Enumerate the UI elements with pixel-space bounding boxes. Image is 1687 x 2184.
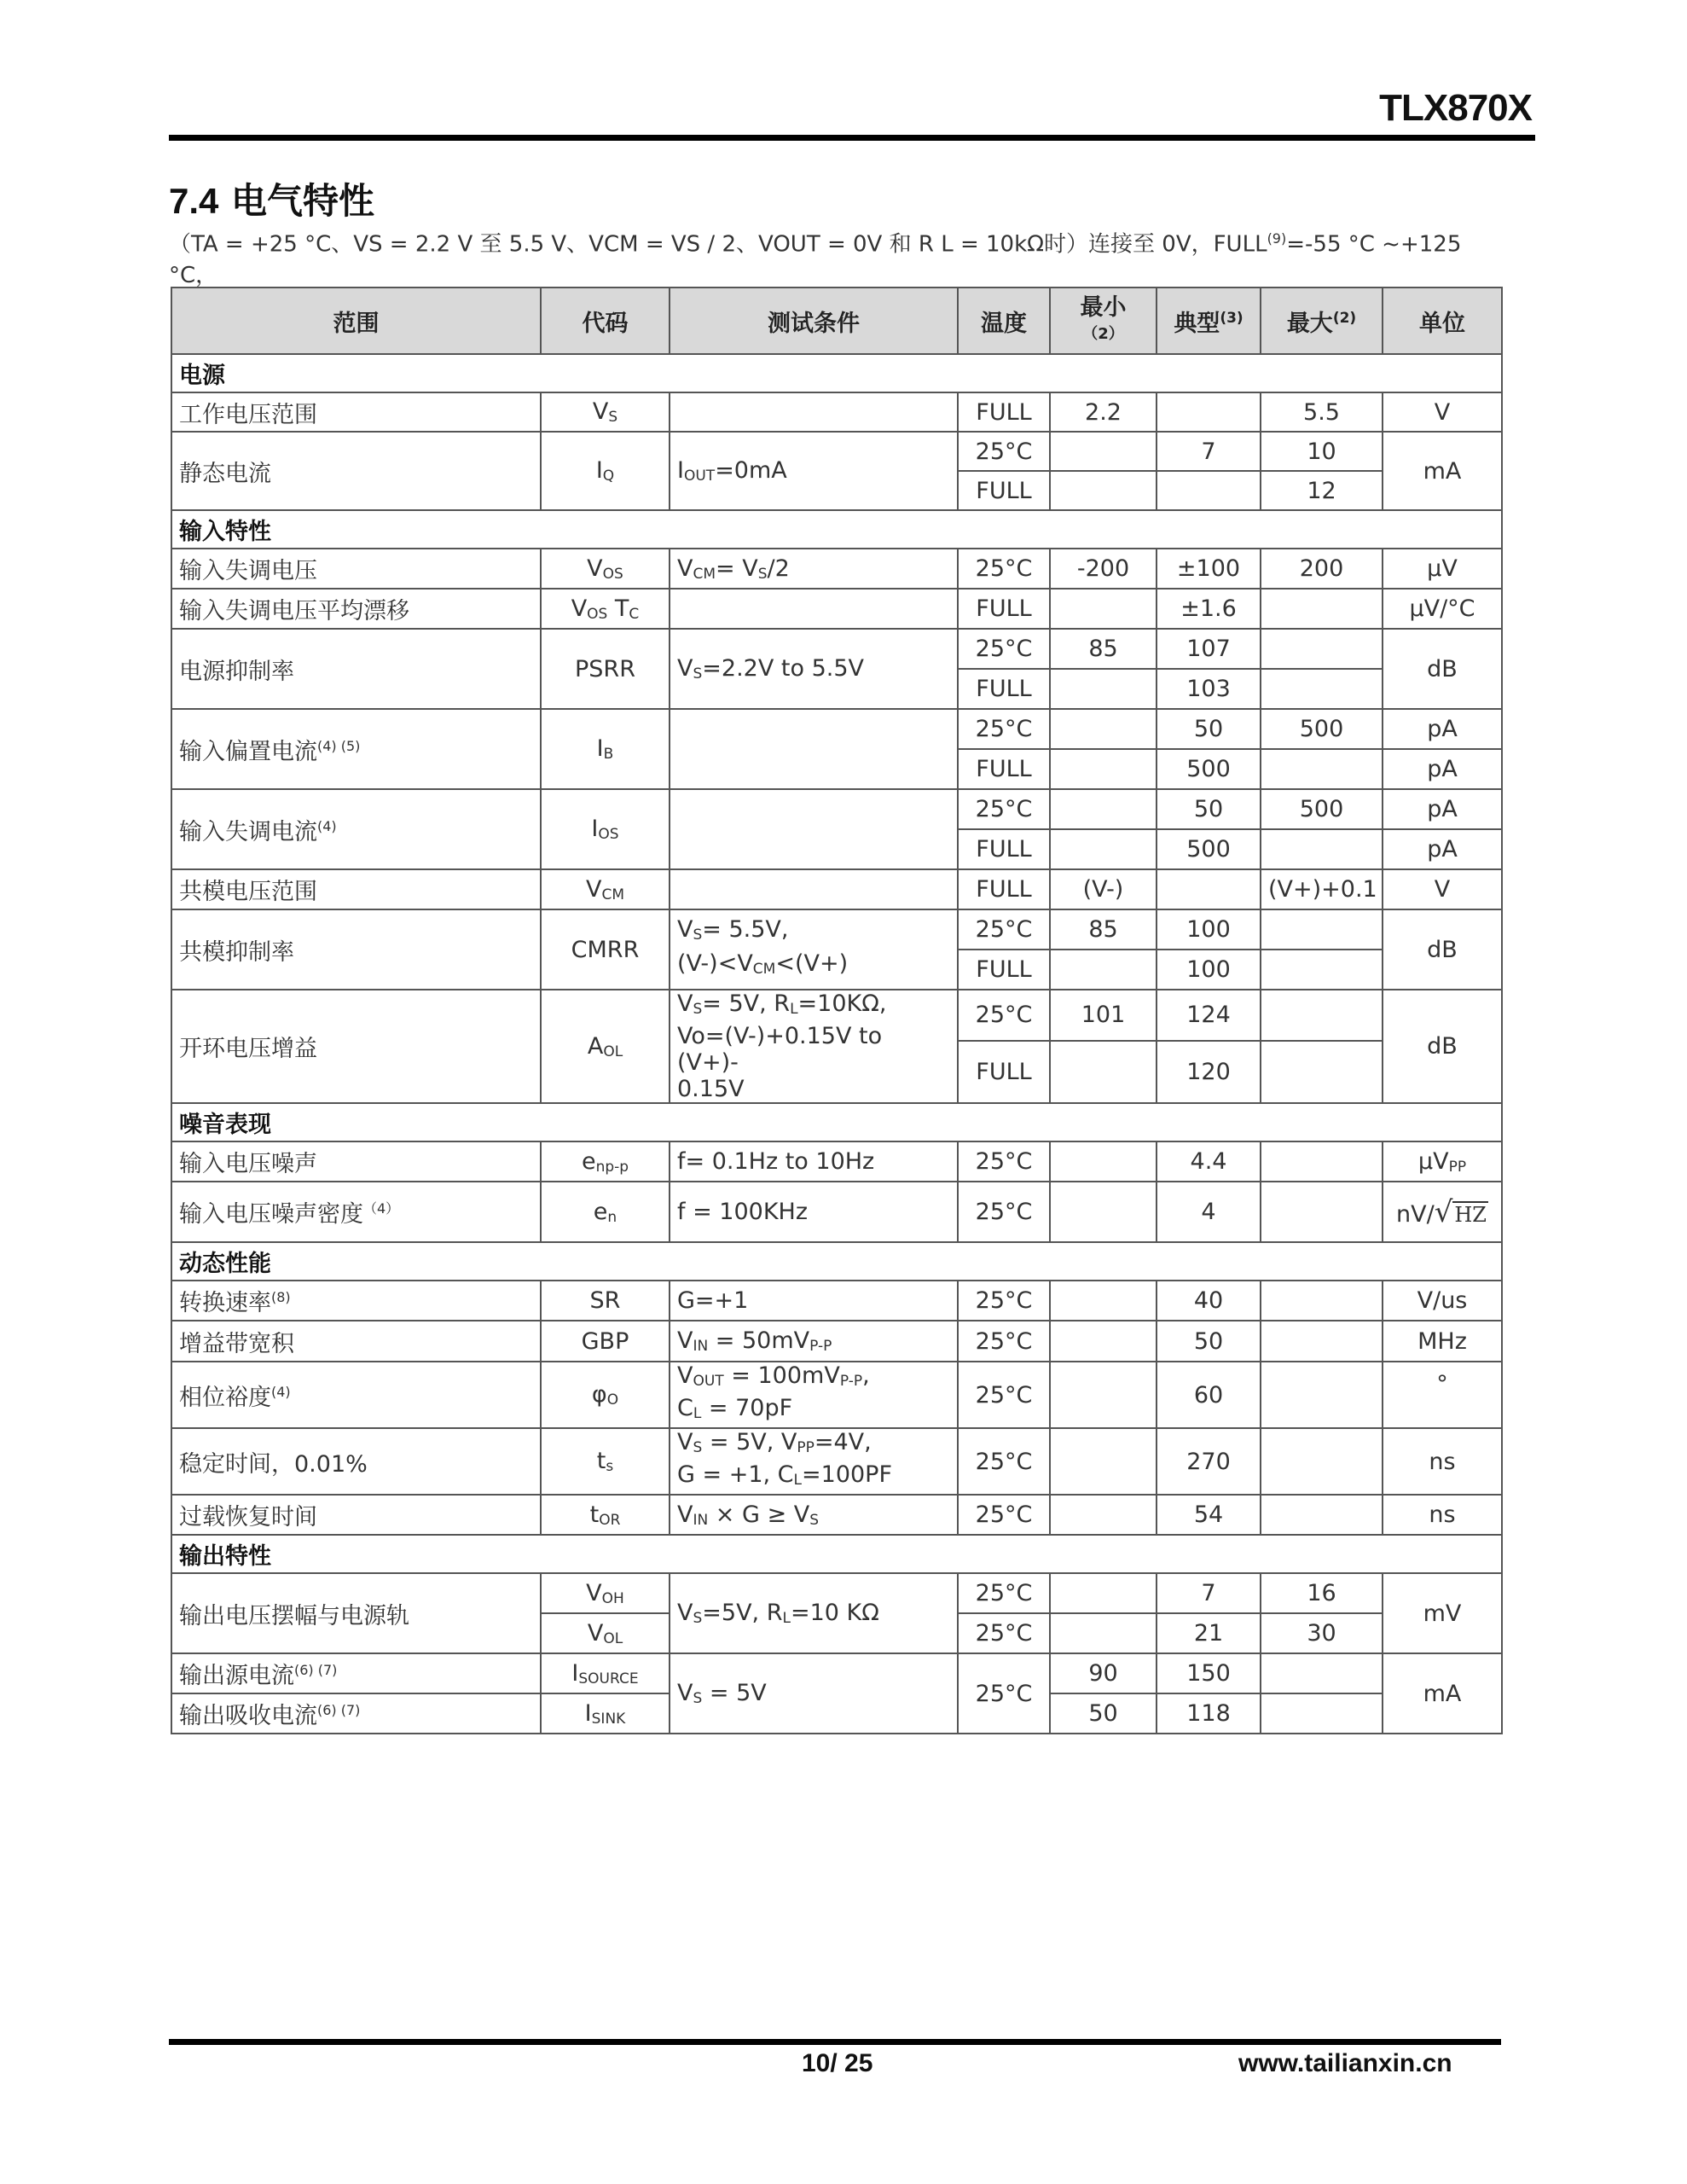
min-cell: (V-): [1050, 869, 1157, 909]
min-cell: [1050, 1362, 1157, 1428]
max-cell: [1261, 589, 1383, 629]
cond-cell: VS = 5V, VPP=4V,G = +1, CL=100PF: [670, 1428, 958, 1495]
temp-cell: FULL: [958, 471, 1050, 510]
param-cell: 输出源电流(6) (7): [171, 1653, 541, 1693]
section-title-text: 电气特性: [231, 180, 374, 222]
min-cell: 101: [1050, 990, 1157, 1041]
temp-cell: 25°C: [958, 1141, 1050, 1182]
section-row-power: 电源: [171, 354, 1502, 392]
temp-cell: 25°C: [958, 990, 1050, 1041]
cond-cell: VS=2.2V to 5.5V: [670, 629, 958, 709]
section-row-dynamic: 动态性能: [171, 1242, 1502, 1281]
cond-cell: VCM= VS/2: [670, 549, 958, 589]
min-cell: 2.2: [1050, 392, 1157, 432]
max-cell: [1261, 1693, 1383, 1734]
typ-cell: 7: [1157, 432, 1261, 471]
param-cell: 输出电压摆幅与电源轨: [171, 1573, 541, 1653]
min-cell: [1050, 829, 1157, 869]
symbol-cell: VOH: [541, 1573, 670, 1613]
unit-cell: pA: [1383, 789, 1502, 829]
section-row-output: 输出特性: [171, 1535, 1502, 1573]
max-cell: [1261, 1281, 1383, 1321]
cond-cell: VS=5V, RL=10 KΩ: [670, 1573, 958, 1653]
header-param: 范围: [171, 288, 541, 354]
symbol-cell: PSRR: [541, 629, 670, 709]
temp-cell: 25°C: [958, 1321, 1050, 1362]
min-cell: [1050, 471, 1157, 510]
min-cell: [1050, 950, 1157, 990]
max-cell: 200: [1261, 549, 1383, 589]
header-typ: 典型(3): [1157, 288, 1261, 354]
min-cell: [1050, 1321, 1157, 1362]
min-cell: [1050, 1613, 1157, 1653]
table-row: 输入失调电压平均漂移 VOS TC FULL ±1.6 μV/°C: [171, 589, 1502, 629]
symbol-cell: ISOURCE: [541, 1653, 670, 1693]
cond-cell: IOUT=0mA: [670, 432, 958, 510]
typ-cell: 4.4: [1157, 1141, 1261, 1182]
unit-cell: pA: [1383, 829, 1502, 869]
temp-cell: FULL: [958, 1041, 1050, 1103]
min-cell: [1050, 1495, 1157, 1535]
max-cell: [1261, 669, 1383, 709]
table-row: 静态电流 IQ IOUT=0mA 25°C 7 10 mA: [171, 432, 1502, 471]
conditions-text: （TA = +25 °C、VS = 2.2 V 至 5.5 V、VCM = VS…: [169, 232, 1267, 258]
typ-cell: 270: [1157, 1428, 1261, 1495]
header-symbol: 代码: [541, 288, 670, 354]
param-cell: 相位裕度(4): [171, 1362, 541, 1428]
typ-cell: 54: [1157, 1495, 1261, 1535]
max-cell: [1261, 749, 1383, 789]
param-cell: 输入电压噪声密度（4）: [171, 1182, 541, 1242]
table-row: 共模电压范围 VCM FULL (V-) (V+)+0.1 V: [171, 869, 1502, 909]
table-row: 输入偏置电流(4) (5) IB 25°C 50 500 pA: [171, 709, 1502, 749]
typ-cell: [1157, 392, 1261, 432]
param-cell: 输入失调电压: [171, 549, 541, 589]
min-cell: 50: [1050, 1693, 1157, 1734]
max-cell: [1261, 950, 1383, 990]
max-cell: [1261, 909, 1383, 950]
param-cell: 输入偏置电流(4) (5): [171, 709, 541, 789]
table-row: 输入电压噪声密度（4） en f = 100KHz 25°C 4 nV/√HZ: [171, 1182, 1502, 1242]
temp-cell: 25°C: [958, 789, 1050, 829]
typ-cell: 40: [1157, 1281, 1261, 1321]
max-cell: 5.5: [1261, 392, 1383, 432]
temp-cell: 25°C: [958, 432, 1050, 471]
section-number: 7.4: [169, 181, 218, 221]
symbol-cell: φO: [541, 1362, 670, 1428]
param-cell: 稳定时间，0.01%: [171, 1428, 541, 1495]
header-max: 最大(2): [1261, 288, 1383, 354]
min-cell: [1050, 749, 1157, 789]
typ-cell: ±100: [1157, 549, 1261, 589]
temp-cell: FULL: [958, 950, 1050, 990]
unit-cell: pA: [1383, 709, 1502, 749]
min-cell: 90: [1050, 1653, 1157, 1693]
temp-cell: FULL: [958, 669, 1050, 709]
typ-cell: 50: [1157, 789, 1261, 829]
section-label: 输入特性: [171, 510, 1502, 549]
min-cell: [1050, 1041, 1157, 1103]
cond-cell: VS = 5V: [670, 1653, 958, 1734]
header-min: 最小（2）: [1050, 288, 1157, 354]
temp-cell: 25°C: [958, 909, 1050, 950]
max-cell: [1261, 1653, 1383, 1693]
max-cell: [1261, 1041, 1383, 1103]
symbol-cell: AOL: [541, 990, 670, 1103]
min-cell: [1050, 669, 1157, 709]
table-row: 输入失调电压 VOS VCM= VS/2 25°C -200 ±100 200 …: [171, 549, 1502, 589]
param-cell: 输入失调电压平均漂移: [171, 589, 541, 629]
cond-cell: [670, 789, 958, 869]
symbol-cell: tOR: [541, 1495, 670, 1535]
website-link[interactable]: www.tailianxin.cn: [1238, 2049, 1452, 2078]
unit-cell: MHz: [1383, 1321, 1502, 1362]
unit-cell: mV: [1383, 1573, 1502, 1653]
section-label: 输出特性: [171, 1535, 1502, 1573]
footnote-ref: (9): [1267, 230, 1287, 247]
sqrt-symbol: HZ: [1452, 1201, 1488, 1227]
typ-cell: ±1.6: [1157, 589, 1261, 629]
temp-cell: 25°C: [958, 709, 1050, 749]
table-row: 稳定时间，0.01% ts VS = 5V, VPP=4V,G = +1, CL…: [171, 1428, 1502, 1495]
max-cell: [1261, 1182, 1383, 1242]
temp-cell: FULL: [958, 869, 1050, 909]
param-cell: 输入失调电流(4): [171, 789, 541, 869]
section-title: 7.4 电气特性: [169, 173, 374, 224]
min-cell: [1050, 1141, 1157, 1182]
header-rule: [169, 135, 1535, 141]
table-row: 输入失调电流(4) IOS 25°C 50 500 pA: [171, 789, 1502, 829]
symbol-cell: VOS: [541, 549, 670, 589]
unit-cell: dB: [1383, 909, 1502, 990]
symbol-cell: ts: [541, 1428, 670, 1495]
brand-header: TLX870X: [1379, 87, 1532, 130]
typ-cell: 500: [1157, 749, 1261, 789]
symbol-cell: CMRR: [541, 909, 670, 990]
param-cell: 输出吸收电流(6) (7): [171, 1693, 541, 1734]
symbol-cell: ISINK: [541, 1693, 670, 1734]
param-cell: 输入电压噪声: [171, 1141, 541, 1182]
param-cell: 共模电压范围: [171, 869, 541, 909]
max-cell: 500: [1261, 789, 1383, 829]
symbol-cell: SR: [541, 1281, 670, 1321]
param-cell: 工作电压范围: [171, 392, 541, 432]
symbol-cell: IB: [541, 709, 670, 789]
typ-cell: 7: [1157, 1573, 1261, 1613]
typ-cell: 60: [1157, 1362, 1261, 1428]
temp-cell: 25°C: [958, 1281, 1050, 1321]
cond-cell: VIN = 50mVP-P: [670, 1321, 958, 1362]
param-cell: 开环电压增益: [171, 990, 541, 1103]
param-cell: 静态电流: [171, 432, 541, 510]
unit-cell: °: [1383, 1362, 1502, 1428]
min-cell: [1050, 1182, 1157, 1242]
section-label: 电源: [171, 354, 1502, 392]
footer-rule: [169, 2039, 1501, 2045]
param-cell: 电源抑制率: [171, 629, 541, 709]
typ-cell: 4: [1157, 1182, 1261, 1242]
temp-cell: FULL: [958, 392, 1050, 432]
section-label: 噪音表现: [171, 1103, 1502, 1141]
param-cell: 共模抑制率: [171, 909, 541, 990]
temp-cell: 25°C: [958, 1573, 1050, 1613]
max-cell: [1261, 629, 1383, 669]
table-row: 增益带宽积 GBP VIN = 50mVP-P 25°C 50 MHz: [171, 1321, 1502, 1362]
unit-cell: ns: [1383, 1428, 1502, 1495]
unit-cell: mA: [1383, 1653, 1502, 1734]
symbol-cell: en: [541, 1182, 670, 1242]
cond-cell: VIN × G ≥ VS: [670, 1495, 958, 1535]
min-cell: [1050, 709, 1157, 749]
unit-cell: μVPP: [1383, 1141, 1502, 1182]
symbol-cell: IOS: [541, 789, 670, 869]
typ-cell: 118: [1157, 1693, 1261, 1734]
max-cell: 500: [1261, 709, 1383, 749]
typ-cell: 107: [1157, 629, 1261, 669]
cond-cell: [670, 709, 958, 789]
cond-cell: f = 100KHz: [670, 1182, 958, 1242]
cond-cell: f= 0.1Hz to 10Hz: [670, 1141, 958, 1182]
cond-cell: VS= 5.5V,(V-)<VCM<(V+): [670, 909, 958, 990]
table-row: 相位裕度(4) φO VOUT = 100mVP-P,CL = 70pF 25°…: [171, 1362, 1502, 1428]
typ-cell: [1157, 471, 1261, 510]
temp-cell: 25°C: [958, 1362, 1050, 1428]
max-cell: 12: [1261, 471, 1383, 510]
max-cell: 16: [1261, 1573, 1383, 1613]
table-row: 共模抑制率 CMRR VS= 5.5V,(V-)<VCM<(V+) 25°C 8…: [171, 909, 1502, 950]
min-cell: [1050, 1281, 1157, 1321]
cond-cell: VOUT = 100mVP-P,CL = 70pF: [670, 1362, 958, 1428]
unit-cell: dB: [1383, 990, 1502, 1103]
max-cell: 30: [1261, 1613, 1383, 1653]
symbol-cell: VOL: [541, 1613, 670, 1653]
table-row: 工作电压范围 VS FULL 2.2 5.5 V: [171, 392, 1502, 432]
typ-cell: 120: [1157, 1041, 1261, 1103]
typ-cell: [1157, 869, 1261, 909]
max-cell: [1261, 1321, 1383, 1362]
typ-cell: 150: [1157, 1653, 1261, 1693]
header-temp: 温度: [958, 288, 1050, 354]
table-row: 输入电压噪声 enp-p f= 0.1Hz to 10Hz 25°C 4.4 μ…: [171, 1141, 1502, 1182]
temp-cell: 25°C: [958, 1653, 1050, 1734]
header-cond: 测试条件: [670, 288, 958, 354]
min-cell: [1050, 1428, 1157, 1495]
symbol-cell: VOS TC: [541, 589, 670, 629]
header-unit: 单位: [1383, 288, 1502, 354]
typ-cell: 103: [1157, 669, 1261, 709]
electrical-characteristics-table: 范围 代码 测试条件 温度 最小（2） 典型(3) 最大(2) 单位 电源 工作…: [171, 287, 1503, 1734]
max-cell: (V+)+0.1: [1261, 869, 1383, 909]
temp-cell: FULL: [958, 589, 1050, 629]
unit-cell: V/us: [1383, 1281, 1502, 1321]
symbol-cell: GBP: [541, 1321, 670, 1362]
unit-cell: ns: [1383, 1495, 1502, 1535]
page-number: 10/ 25: [802, 2049, 872, 2078]
typ-cell: 500: [1157, 829, 1261, 869]
unit-cell: nV/√HZ: [1383, 1182, 1502, 1242]
unit-cell: pA: [1383, 749, 1502, 789]
temp-cell: FULL: [958, 829, 1050, 869]
min-cell: [1050, 589, 1157, 629]
min-cell: 85: [1050, 909, 1157, 950]
temp-cell: 25°C: [958, 629, 1050, 669]
max-cell: 10: [1261, 432, 1383, 471]
param-cell: 转换速率(8): [171, 1281, 541, 1321]
symbol-cell: IQ: [541, 432, 670, 510]
section-row-input: 输入特性: [171, 510, 1502, 549]
unit-cell: μV: [1383, 549, 1502, 589]
table-row: 过载恢复时间 tOR VIN × G ≥ VS 25°C 54 ns: [171, 1495, 1502, 1535]
table-row: 输出源电流(6) (7) ISOURCE VS = 5V 25°C 90 150…: [171, 1653, 1502, 1693]
max-cell: [1261, 1495, 1383, 1535]
section-label: 动态性能: [171, 1242, 1502, 1281]
typ-cell: 124: [1157, 990, 1261, 1041]
temp-cell: 25°C: [958, 549, 1050, 589]
table-row: 电源抑制率 PSRR VS=2.2V to 5.5V 25°C 85 107 d…: [171, 629, 1502, 669]
symbol-cell: VS: [541, 392, 670, 432]
min-cell: -200: [1050, 549, 1157, 589]
symbol-cell: enp-p: [541, 1141, 670, 1182]
symbol-cell: VCM: [541, 869, 670, 909]
table-row: 开环电压增益 AOL VS= 5V, RL=10KΩ,Vo=(V-)+0.15V…: [171, 990, 1502, 1041]
typ-cell: 100: [1157, 909, 1261, 950]
temp-cell: 25°C: [958, 1495, 1050, 1535]
cond-cell: [670, 869, 958, 909]
unit-cell: mA: [1383, 432, 1502, 510]
min-cell: [1050, 789, 1157, 829]
unit-cell: μV/°C: [1383, 589, 1502, 629]
table-row: 转换速率(8) SR G=+1 25°C 40 V/us: [171, 1281, 1502, 1321]
typ-cell: 21: [1157, 1613, 1261, 1653]
param-cell: 增益带宽积: [171, 1321, 541, 1362]
min-cell: [1050, 1573, 1157, 1613]
max-cell: [1261, 1362, 1383, 1428]
min-cell: 85: [1050, 629, 1157, 669]
param-cell: 过载恢复时间: [171, 1495, 541, 1535]
cond-cell: G=+1: [670, 1281, 958, 1321]
min-cell: [1050, 432, 1157, 471]
temp-cell: FULL: [958, 749, 1050, 789]
unit-cell: dB: [1383, 629, 1502, 709]
section-row-noise: 噪音表现: [171, 1103, 1502, 1141]
cond-cell: [670, 392, 958, 432]
temp-cell: 25°C: [958, 1428, 1050, 1495]
temp-cell: 25°C: [958, 1613, 1050, 1653]
typ-cell: 100: [1157, 950, 1261, 990]
max-cell: [1261, 1428, 1383, 1495]
cond-cell: VS= 5V, RL=10KΩ,Vo=(V-)+0.15V to (V+)-0.…: [670, 990, 958, 1103]
max-cell: [1261, 990, 1383, 1041]
table-row: 输出电压摆幅与电源轨 VOH VS=5V, RL=10 KΩ 25°C 7 16…: [171, 1573, 1502, 1613]
temp-cell: 25°C: [958, 1182, 1050, 1242]
typ-cell: 50: [1157, 1321, 1261, 1362]
unit-cell: V: [1383, 392, 1502, 432]
cond-cell: [670, 589, 958, 629]
table-header-row: 范围 代码 测试条件 温度 最小（2） 典型(3) 最大(2) 单位: [171, 288, 1502, 354]
typ-cell: 50: [1157, 709, 1261, 749]
unit-cell: V: [1383, 869, 1502, 909]
max-cell: [1261, 829, 1383, 869]
max-cell: [1261, 1141, 1383, 1182]
